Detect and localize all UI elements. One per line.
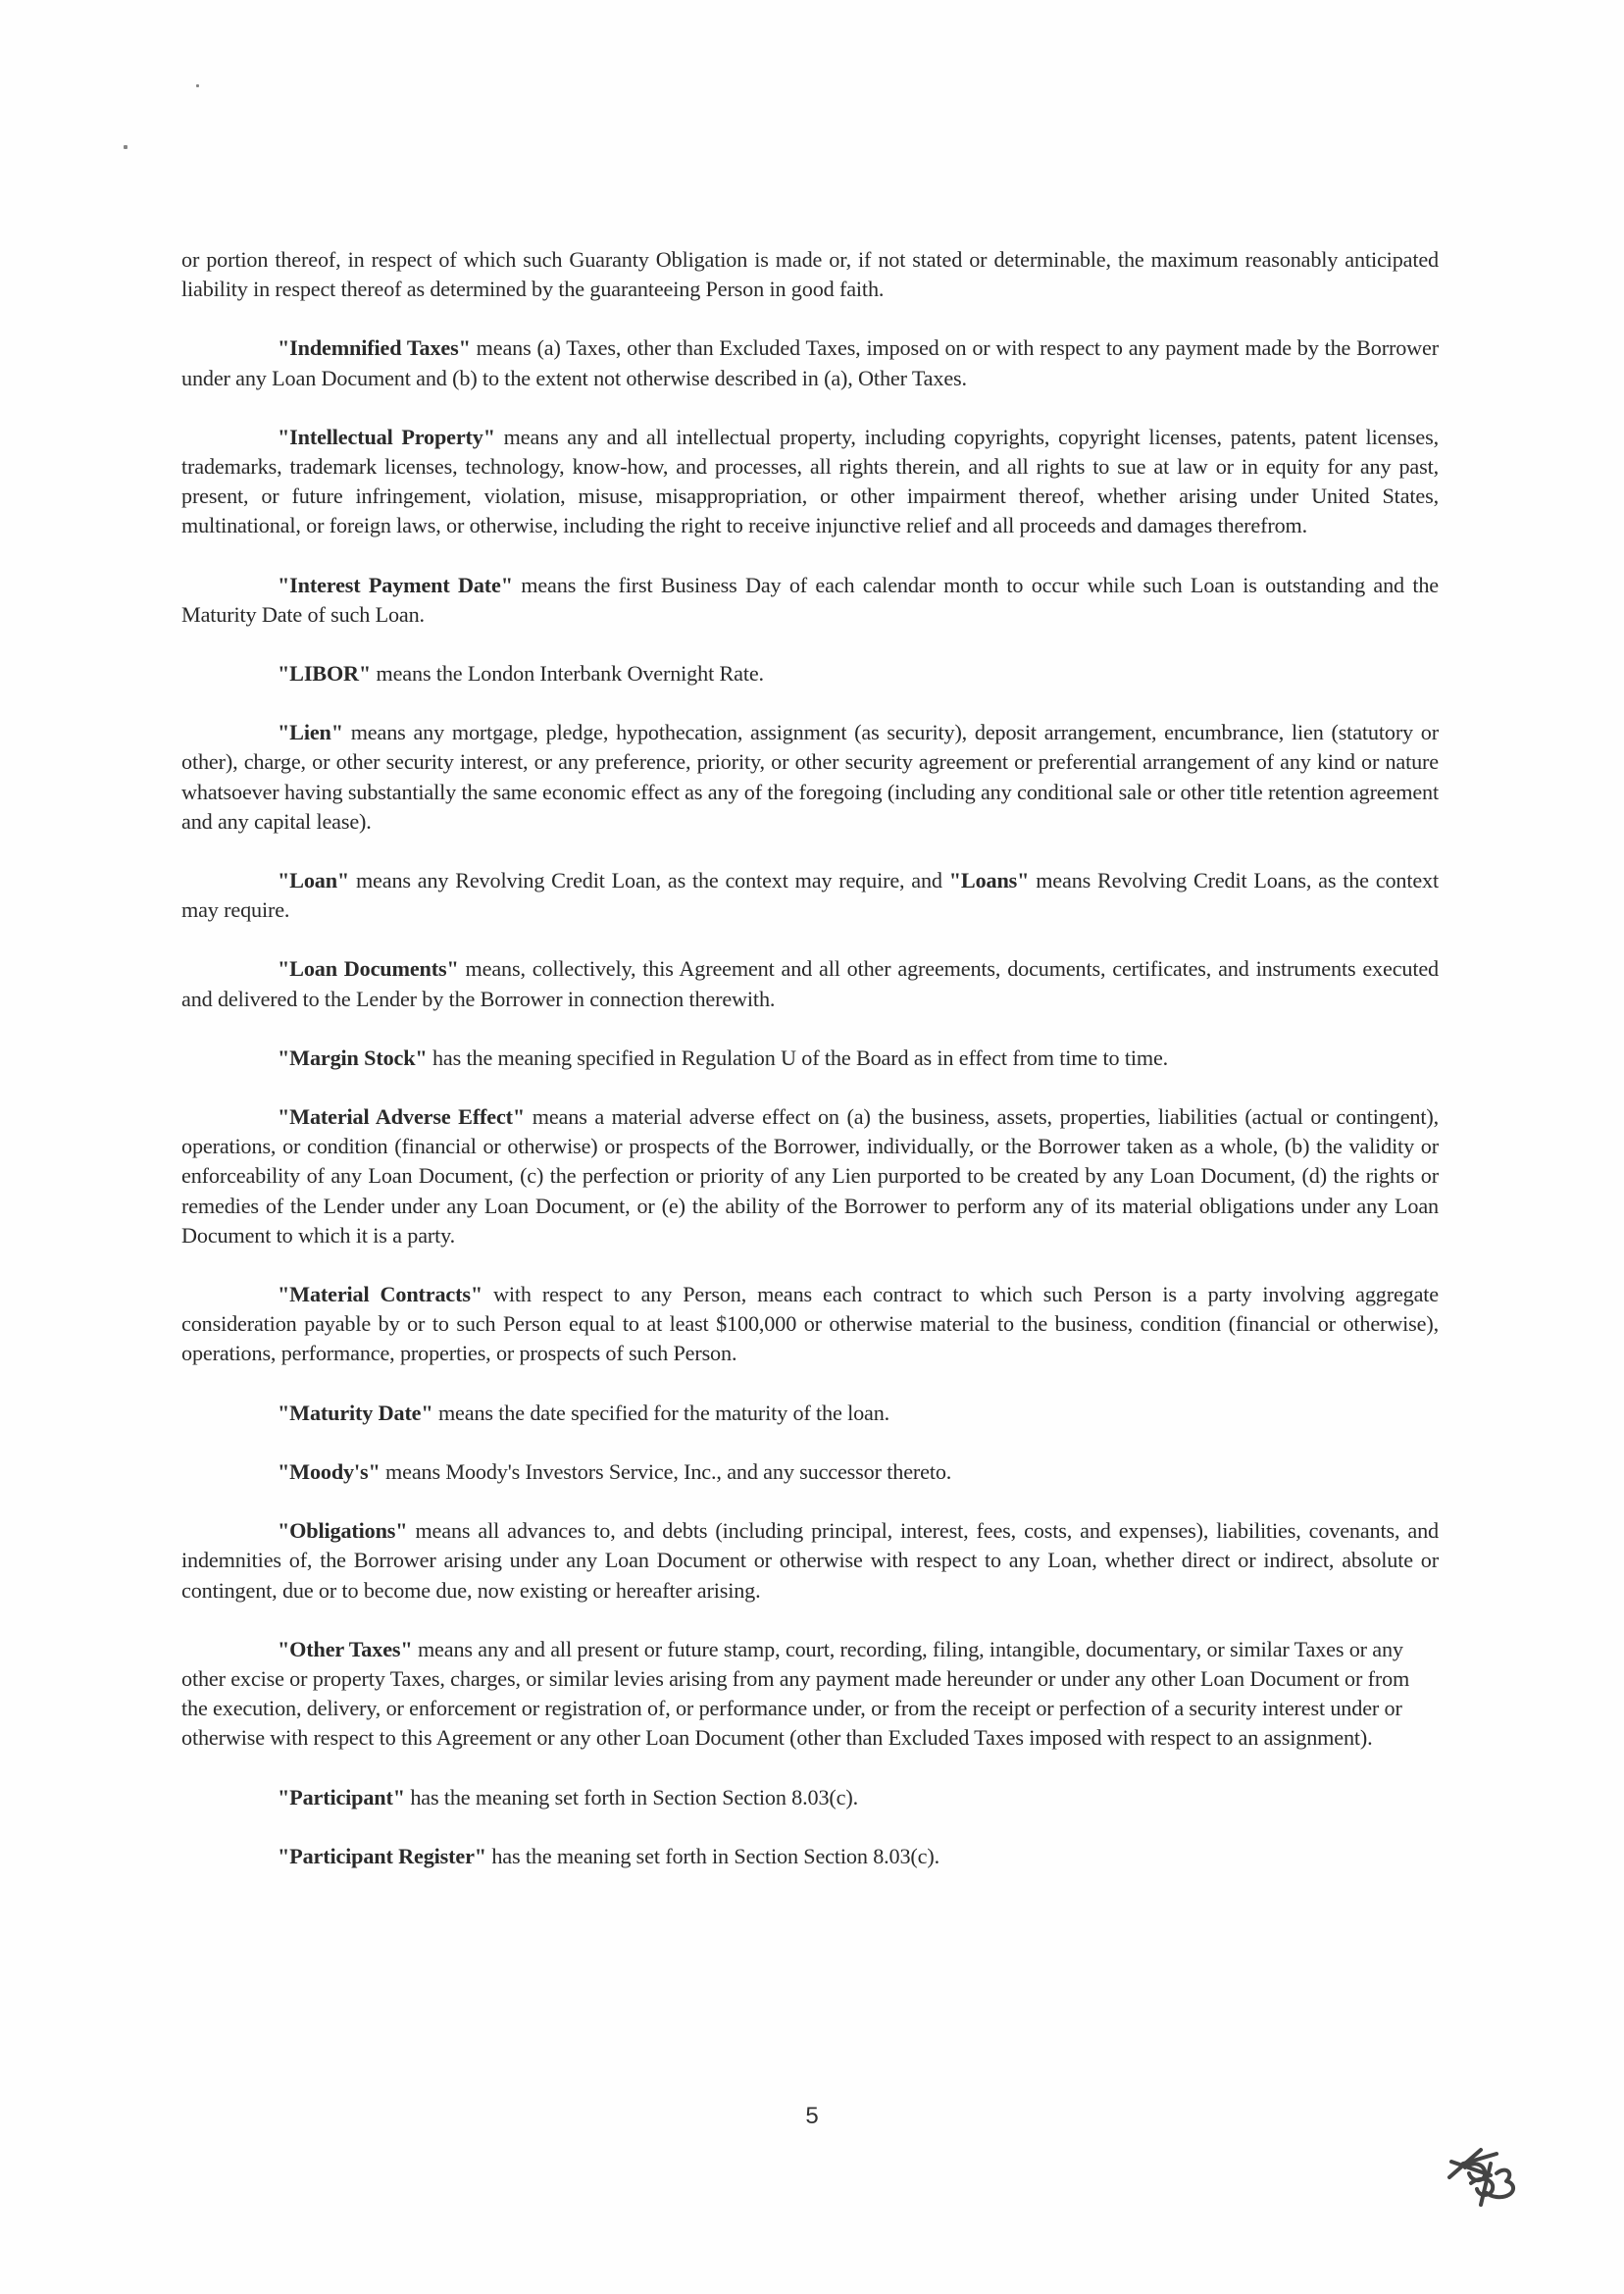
defined-term: "Interest Payment Date": [278, 573, 513, 597]
definition-intellectual-property: "Intellectual Property" means any and al…: [181, 423, 1439, 541]
defined-term: "Participant Register": [278, 1844, 486, 1868]
definition-material-adverse-effect: "Material Adverse Effect" means a materi…: [181, 1102, 1439, 1250]
definition-lien: "Lien" means any mortgage, pledge, hypot…: [181, 718, 1439, 837]
definition-loan-documents: "Loan Documents" means, collectively, th…: [181, 954, 1439, 1013]
page-number: 5: [0, 2103, 1624, 2130]
definition-interest-payment-date: "Interest Payment Date" means the first …: [181, 571, 1439, 630]
definition-maturity-date: "Maturity Date" means the date specified…: [181, 1399, 1439, 1428]
definition-margin-stock: "Margin Stock" has the meaning specified…: [181, 1044, 1439, 1073]
definition-obligations: "Obligations" means all advances to, and…: [181, 1516, 1439, 1606]
document-body: or portion thereof, in respect of which …: [181, 245, 1439, 1901]
defined-term: "Material Adverse Effect": [278, 1104, 525, 1129]
definition-text: means any Revolving Credit Loan, as the …: [349, 868, 949, 892]
document-page: or portion thereof, in respect of which …: [0, 0, 1624, 2294]
defined-term: "Lien": [278, 720, 343, 744]
definition-loan: "Loan" means any Revolving Credit Loan, …: [181, 866, 1439, 925]
defined-term: "Loan Documents": [278, 956, 459, 981]
definition-text: means Moody's Investors Service, Inc., a…: [381, 1459, 952, 1484]
definition-text: has the meaning specified in Regulation …: [428, 1045, 1169, 1070]
scan-speck: [196, 84, 199, 87]
defined-term: "Obligations": [278, 1518, 407, 1543]
definition-moodys: "Moody's" means Moody's Investors Servic…: [181, 1457, 1439, 1487]
defined-term-loans: "Loans": [949, 868, 1030, 892]
definition-other-taxes: "Other Taxes" means any and all present …: [181, 1635, 1439, 1754]
handwritten-initials-icon: [1442, 2136, 1530, 2215]
defined-term: "Intellectual Property": [278, 425, 495, 449]
defined-term: "Loan": [278, 868, 349, 892]
scan-speck: [124, 145, 127, 149]
definition-text: means the date specified for the maturit…: [433, 1401, 890, 1425]
definition-participant-register: "Participant Register" has the meaning s…: [181, 1842, 1439, 1871]
defined-term: "LIBOR": [278, 661, 371, 686]
continuation-paragraph: or portion thereof, in respect of which …: [181, 245, 1439, 304]
defined-term: "Material Contracts": [278, 1282, 482, 1306]
defined-term: "Maturity Date": [278, 1401, 433, 1425]
defined-term: "Participant": [278, 1785, 405, 1810]
definition-indemnified-taxes: "Indemnified Taxes" means (a) Taxes, oth…: [181, 333, 1439, 392]
definition-text: means the London Interbank Overnight Rat…: [371, 661, 764, 686]
defined-term: "Moody's": [278, 1459, 381, 1484]
definition-text: has the meaning set forth in Section Sec…: [486, 1844, 939, 1868]
definition-text: has the meaning set forth in Section Sec…: [405, 1785, 858, 1810]
defined-term: "Margin Stock": [278, 1045, 428, 1070]
defined-term: "Indemnified Taxes": [278, 335, 471, 360]
defined-term: "Other Taxes": [278, 1637, 413, 1661]
definition-participant: "Participant" has the meaning set forth …: [181, 1783, 1439, 1812]
definition-material-contracts: "Material Contracts" with respect to any…: [181, 1280, 1439, 1369]
definition-libor: "LIBOR" means the London Interbank Overn…: [181, 659, 1439, 688]
definition-text: means any mortgage, pledge, hypothecatio…: [181, 720, 1439, 834]
